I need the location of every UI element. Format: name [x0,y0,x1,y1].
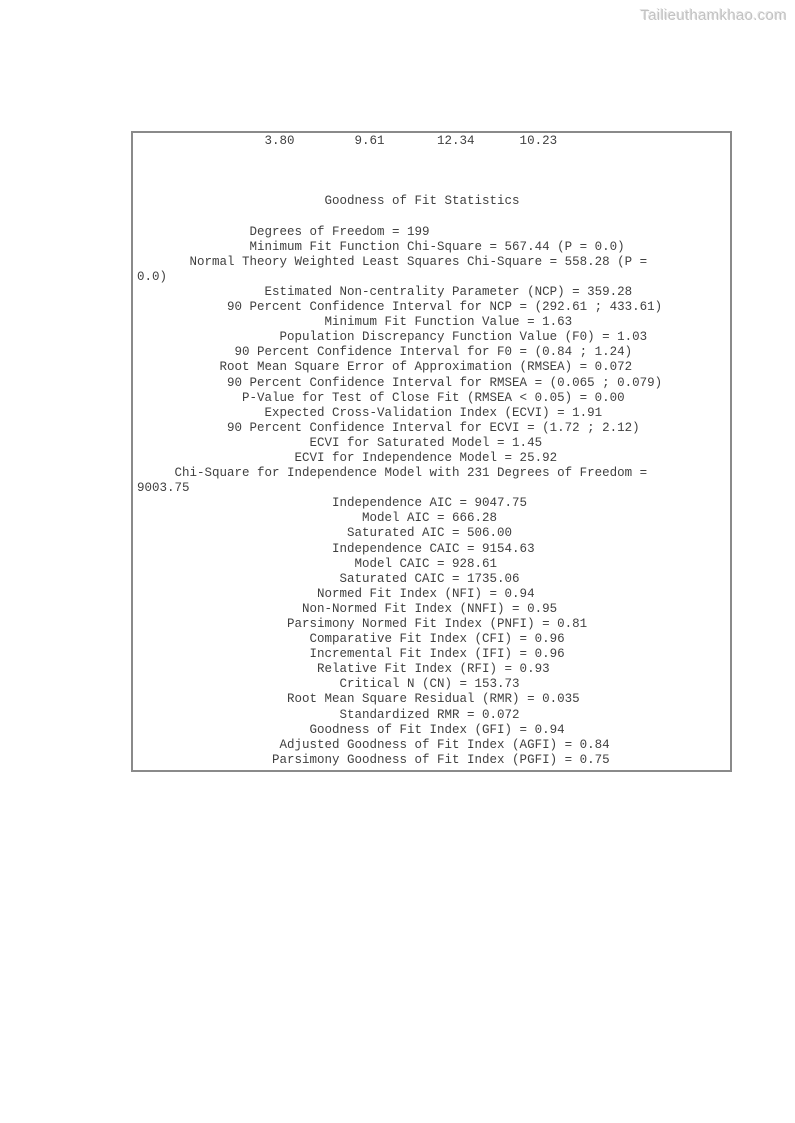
lisrel-output-text: 3.80 9.61 12.34 10.23 Goodness of Fit St… [137,134,730,768]
watermark: Tailieuthamkhao.com [640,7,787,24]
document-page: Tailieuthamkhao.com 3.80 9.61 12.34 10.2… [0,0,795,1123]
lisrel-output-box: 3.80 9.61 12.34 10.23 Goodness of Fit St… [131,131,732,772]
